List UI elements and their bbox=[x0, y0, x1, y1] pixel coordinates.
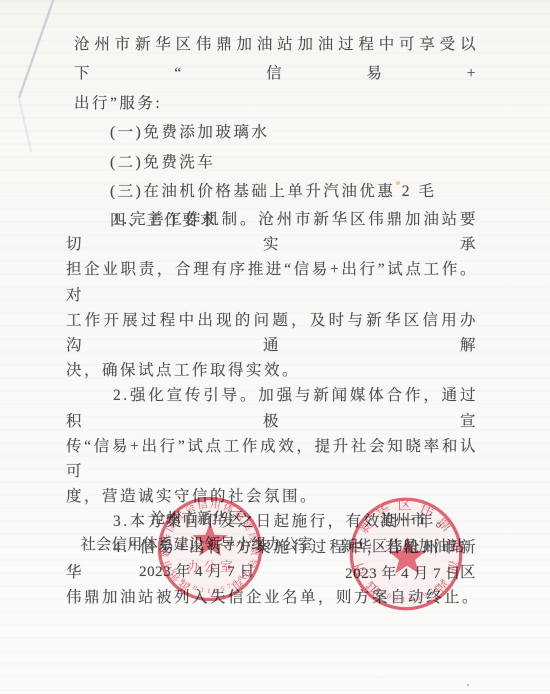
document-body-upper: 沧州市新华区伟鼎加油站加油过程中可享受以下“信易+ 出行”服务: (一)免费添加… bbox=[74, 30, 478, 236]
body-line: (三)在油机价格基础上单升汽油优惠 2 毛 bbox=[74, 177, 478, 206]
body-line: 出行”服务: bbox=[74, 89, 478, 118]
scan-speck bbox=[467, 684, 469, 686]
body-line: (一)免费添加玻璃水 bbox=[74, 118, 478, 147]
official-seal-right: 沧州市新华区伟鼎加油站 1309031039790 bbox=[341, 489, 471, 619]
scanned-document-page: 沧州市新华区伟鼎加油站加油过程中可享受以下“信易+ 出行”服务: (一)免费添加… bbox=[0, 0, 550, 694]
seal-inner-text: 办 公 室 bbox=[187, 559, 233, 574]
official-seal-left: 沧州市新华区社会信用体系建设领导小组 办 公 室 1309031057980 bbox=[150, 489, 270, 609]
body-line: 沧州市新华区伟鼎加油站加油过程中可享受以下“信易+ bbox=[74, 30, 478, 89]
body-line: 2.强化宣传引导。加强与新闻媒体合作，通过积极宣 bbox=[66, 383, 478, 433]
body-line: (二)免费洗车 bbox=[74, 148, 478, 177]
body-line: 工作开展过程中出现的问题，及时与新华区信用办沟通解 bbox=[66, 308, 478, 358]
body-line: 传“信易+出行”试点工作成效，提升社会知晓率和认可 bbox=[66, 434, 478, 484]
scan-speck bbox=[396, 181, 400, 185]
seal-ring bbox=[160, 499, 261, 600]
body-line: 担企业职责，合理有序推进“信易+出行”试点工作。对 bbox=[66, 257, 478, 307]
body-line: 1.完善工作机制。沧州市新华区伟鼎加油站要切实承 bbox=[66, 207, 478, 257]
body-line: 决，确保试点工作取得实效。 bbox=[66, 358, 478, 383]
